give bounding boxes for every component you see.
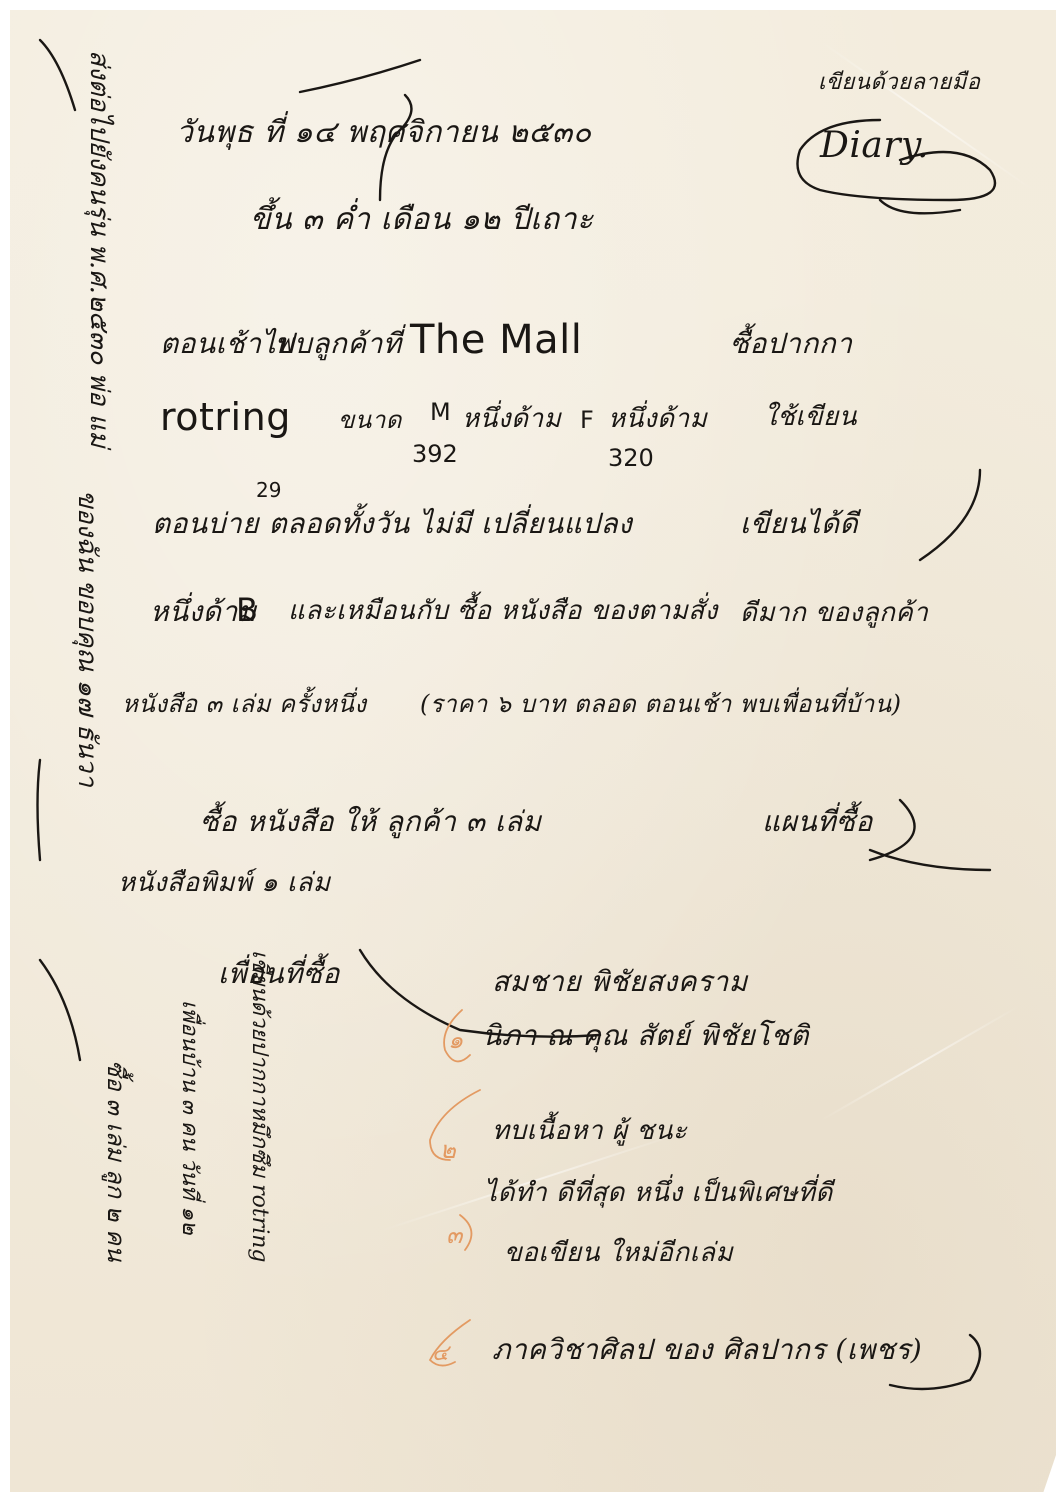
body-line-4-thai-2: และเหมือนกับ ซื้อ หนังสือ ของตามสั่ง (288, 598, 718, 624)
body-line-2-use: ใช้เขียน (764, 404, 857, 430)
body-line-1-thai-mid: พบลูกค้าที่ (275, 330, 402, 358)
list-item: นิภา ณ คุณ สัตย์ พิชัยโชติ (482, 1022, 809, 1050)
superscript-number: 29 (256, 478, 281, 502)
body-line-5-thai: หนังสือ ๓ เล่ม ครั้งหนึ่ง (122, 692, 367, 716)
orange-pencil-mark: ๓ (446, 1215, 462, 1254)
list-item: ได้ทำ ดีที่สุด หนึ่ง เป็นพิเศษที่ดี (484, 1180, 833, 1206)
margin-note-vertical-bottom-3: ซื้อ ๓ เล่ม ลูก ๒ คน (104, 1060, 128, 1262)
body-line-6-end: แผนที่ซื้อ (762, 808, 873, 836)
list-item: ทบเนื้อหา ผู้ ชนะ (492, 1118, 687, 1144)
body-line-3-thai: ตอนบ่าย ตลอดทั้งวัน ไม่มี เปลี่ยนแปลง (152, 510, 632, 538)
list-item: ภาควิชาศิลป ของ ศิลปากร (เพชร) (492, 1336, 922, 1364)
body-line-1-english: The Mall (410, 320, 582, 360)
body-line-2-one-pen: หนึ่งด้าม (462, 406, 561, 432)
margin-note-vertical-bottom-2: เพื่อนบ้าน ๓ คน วันที่ ๑๒ (178, 1000, 200, 1235)
body-line-1-thai-after: ซื้อปากกา (730, 330, 852, 358)
body-line-2-brand: rotring (160, 398, 291, 436)
margin-note-vertical-bottom-1: เขียนด้วยปากกาหมึกซึม rotring (248, 950, 270, 1263)
margin-note-vertical-top: ส่งต่อไปยังคนรุ่น พ.ศ.๒๕๓๐ พ่อ แม่ (86, 50, 112, 448)
date-line-1: วันพุธ ที่ ๑๔ พฤศจิกายน ๒๕๓๐ (176, 118, 592, 148)
list-heading: เพื่อนที่ซื้อ (218, 960, 340, 988)
orange-pencil-mark: ๒ (440, 1130, 456, 1169)
list-item: ขอเขียน ใหม่อีกเล่ม (504, 1240, 733, 1266)
top-right-note: เขียนด้วยลายมือ (818, 72, 980, 94)
body-line-2-size-word: ขนาด (338, 408, 402, 432)
price-f: 320 (608, 444, 654, 472)
body-line-7-thai: หนังสือพิมพ์ ๑ เล่ม (118, 870, 331, 896)
orange-pencil-mark: ๑ (448, 1020, 463, 1059)
price-m: 392 (412, 440, 458, 468)
margin-note-vertical-mid: ของฉัน ขอบคุณ ๑๗ ธันวา (74, 490, 100, 787)
body-line-4-grade: B (236, 594, 258, 626)
body-line-2-size-f: F (580, 408, 594, 432)
list-item: สมชาย พิชัยสงคราม (492, 968, 748, 996)
body-line-2-one-pen-2: หนึ่งด้าม (608, 406, 707, 432)
diary-label: Diary. (820, 128, 929, 164)
body-line-3-end: เขียนได้ดี (740, 510, 858, 538)
body-line-2-size-m: M (430, 400, 451, 424)
body-line-5-paren: (ราคา ๖ บาท ตลอด ตอนเช้า พบเพื่อนที่บ้าน… (420, 692, 902, 716)
body-line-4-thai-3: ดีมาก ของลูกค้า (740, 600, 928, 626)
orange-pencil-mark: ๔ (432, 1335, 449, 1370)
date-line-2: ขึ้น ๓ ค่ำ เดือน ๑๒ ปีเถาะ (250, 205, 594, 235)
body-line-6-thai: ซื้อ หนังสือ ให้ ลูกค้า ๓ เล่ม (200, 808, 542, 836)
